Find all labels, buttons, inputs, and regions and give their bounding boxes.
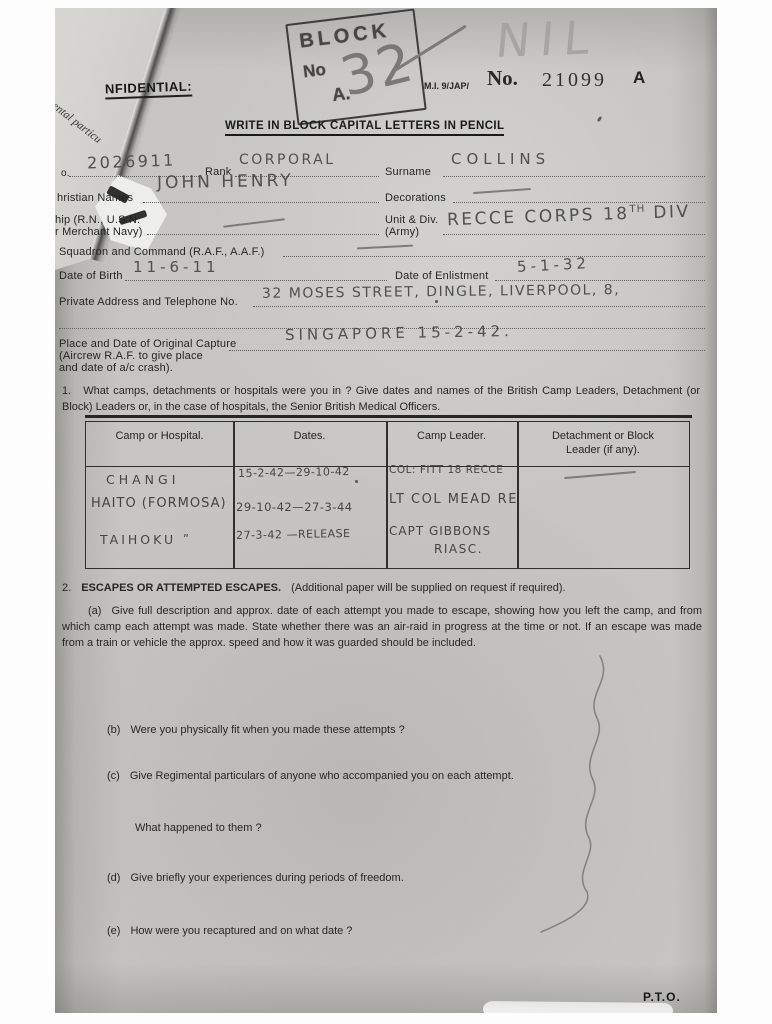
unit-value-superscript: TH (629, 204, 645, 216)
leader-row1: COL: FITT 18 RECCE (389, 464, 503, 476)
dotted-line (125, 278, 387, 281)
form-page: ental particu NFIDENTIAL: BLOCK No A. 32… (55, 8, 717, 1013)
pencil-speck (355, 480, 358, 483)
question-2e: (e) How were you recaptured and on what … (107, 925, 352, 937)
pencil-squiggle (445, 636, 615, 946)
header-camp-or-hospital: Camp or Hospital. (86, 429, 233, 443)
date-of-birth-label: Date of Birth (59, 270, 123, 282)
pencil-dash-decorations (473, 188, 531, 194)
question-1-text: What camps, detachments or hospitals wer… (62, 385, 700, 413)
stamp-no-label: No (302, 60, 327, 83)
question-2b: (b) Were you physically fit when you mad… (107, 724, 405, 736)
leader-row3-line2: RIASC. (434, 542, 483, 556)
question-2d: (d) Give briefly your experiences during… (107, 872, 404, 884)
unit-value: RECCE CORPS 18TH DIV (447, 202, 691, 230)
address-label: Private Address and Telephone No. (59, 296, 238, 308)
camp-table: Camp or Hospital. Dates. Camp Leader. De… (85, 421, 690, 569)
dotted-line (443, 174, 705, 177)
date-of-enlistment-label: Date of Enlistment (395, 270, 488, 282)
rank-value: CORPORAL (239, 152, 336, 168)
pencil-speck (435, 300, 438, 303)
question-2e-text: How were you recaptured and on what date… (130, 925, 352, 937)
unit-label-line1: Unit & Div. (385, 214, 438, 226)
question-1: 1.What camps, detachments or hospitals w… (62, 384, 700, 416)
column-divider (386, 422, 388, 568)
camp-row2: HAITO (FORMOSA) (91, 496, 227, 511)
nil-note: NIL (494, 10, 602, 68)
dates-row2: 29-10-42—27-3-44 (236, 500, 353, 514)
question-2c-followup-text: What happened to them ? (135, 822, 262, 834)
pencil-dash-squadron (357, 245, 413, 250)
unit-label-line2: (Army) (385, 226, 419, 238)
question-2d-label: (d) (107, 872, 120, 884)
dotted-line (143, 200, 379, 203)
capture-value: SINGAPORE 15-2-42. (285, 322, 513, 344)
ship-label-line1: hip (R.N., U.S.N. (55, 214, 140, 226)
header-detachment-leader: Detachment or Block Leader (if any). (517, 429, 689, 458)
dotted-line (495, 278, 705, 281)
service-number-value: 2026911 (87, 150, 176, 172)
decorations-label: Decorations (385, 192, 446, 204)
date-of-enlistment-value: 5-1-32 (517, 254, 591, 276)
leader-row3-line1: CAPT GIBBONS (389, 524, 491, 538)
camp-row3: TAIHOKU ʺ (100, 532, 192, 547)
torn-bottom-edge (483, 1001, 673, 1013)
question-2d-text: Give briefly your experiences during per… (130, 872, 403, 884)
ref-series: M.I. 9/JAP/ (424, 81, 469, 91)
ref-suffix: A (633, 68, 645, 88)
ref-no-label: No. (487, 66, 518, 91)
scanned-document: ental particu NFIDENTIAL: BLOCK No A. 32… (0, 0, 772, 1024)
dotted-line (147, 232, 379, 235)
pencil-dash-detachment (564, 471, 636, 479)
address-value: 32 MOSES STREET, DINGLE, LIVERPOOL, 8, (262, 282, 620, 302)
capture-label-line1: Place and Date of Original Capture (59, 338, 236, 350)
pencil-speck (597, 116, 603, 123)
question-2e-label: (e) (107, 925, 120, 937)
squadron-label: Squadron and Command (R.A.F., A.A.F.) (59, 246, 265, 258)
ship-label-line2: r Merchant Navy) (55, 226, 143, 238)
date-of-birth-value: 11-6-11 (133, 258, 220, 276)
question-2-title: ESCAPES OR ATTEMPTED ESCAPES. (81, 582, 281, 594)
camp-row1: CHANGI (106, 472, 179, 487)
dotted-line (253, 304, 705, 307)
ref-serial-number: 21099 (542, 69, 607, 92)
capture-label-line2: (Aircrew R.A.F. to give place (59, 350, 203, 362)
question-2a-label: (a) (88, 605, 101, 617)
header-dates: Dates. (233, 429, 386, 443)
question-2b-text: Were you physically fit when you made th… (130, 724, 404, 736)
capture-label-line3: and date of a/c crash). (59, 362, 173, 374)
question-2-number: 2. (62, 582, 71, 594)
header-camp-leader: Camp Leader. (386, 429, 517, 443)
column-divider (233, 422, 235, 568)
confidential-stamp: NFIDENTIAL: (105, 78, 193, 99)
question-2-heading: 2. ESCAPES OR ATTEMPTED ESCAPES. (Additi… (62, 582, 566, 594)
dates-row1: 15-2-42—29-10-42 (238, 465, 350, 480)
dotted-line (283, 254, 705, 257)
surname-label: Surname (385, 166, 431, 178)
christian-names-label: hristian Names (57, 192, 133, 204)
pencil-dash-ship (223, 218, 285, 228)
form-instruction: WRITE IN BLOCK CAPITAL LETTERS IN PENCIL (225, 120, 504, 136)
dotted-line (229, 348, 705, 351)
leader-row2: LT COL MEAD RE (389, 492, 518, 507)
question-2c-followup: What happened to them ? (135, 822, 262, 834)
dotted-line (443, 232, 705, 235)
table-top-rule (85, 415, 692, 418)
christian-names-value: JOHN HENRY (157, 171, 294, 193)
dates-row3: 27-3-42 —RELEASE (236, 527, 351, 542)
question-2-note: (Additional paper will be supplied on re… (291, 582, 566, 594)
surname-value: COLLINS (451, 150, 550, 168)
question-2b-label: (b) (107, 724, 120, 736)
question-2c-label: (c) (107, 770, 120, 782)
question-1-number: 1. (62, 385, 71, 397)
